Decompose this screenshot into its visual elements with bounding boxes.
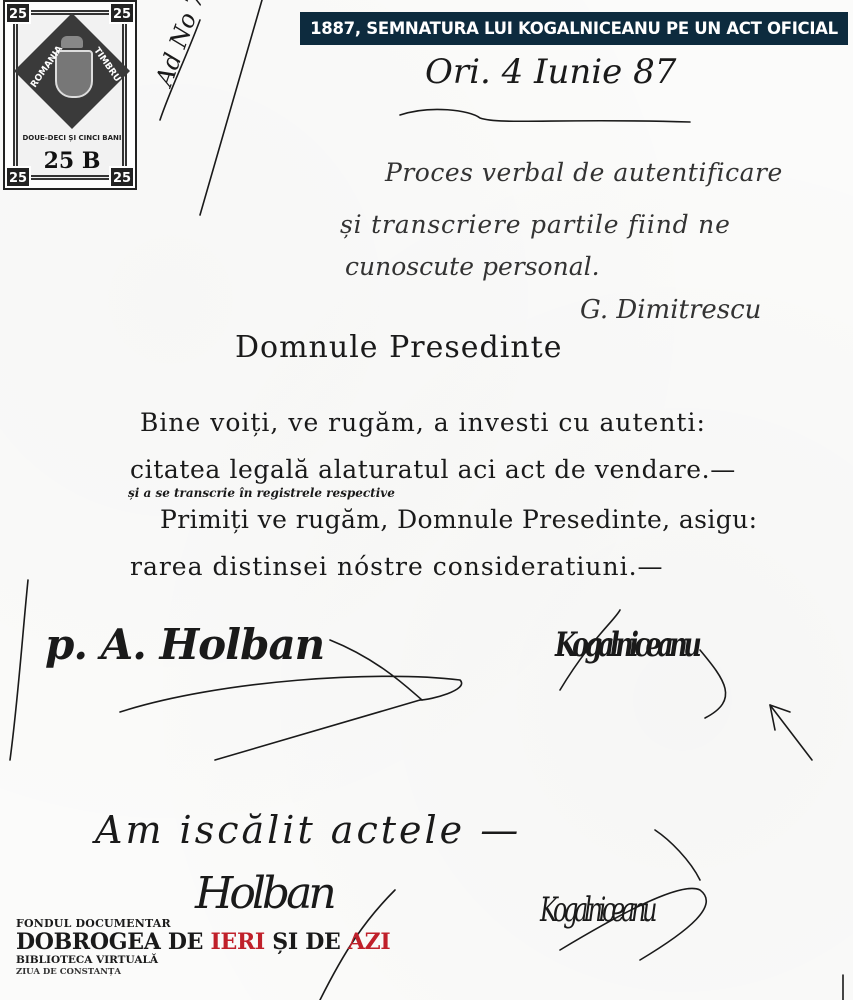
logo-line-library: BIBLIOTECA VIRTUALĂ bbox=[16, 954, 396, 967]
body-line-2: citatea legală alaturatul aci act de ven… bbox=[130, 455, 736, 484]
stamp-value: 25 B bbox=[35, 148, 109, 174]
body-insertion: și a se transcrie în registrele respecti… bbox=[128, 486, 395, 500]
salutation: Domnule Presedinte bbox=[235, 330, 562, 365]
logo-line-title: DOBROGEA DE IERI ȘI DE AZI bbox=[16, 930, 396, 954]
header-note-line-2: și transcriere partile fiind ne bbox=[340, 210, 731, 239]
header-note-signature: G. Dimitrescu bbox=[580, 295, 761, 325]
header-note-line-1: Proces verbal de autentificare bbox=[385, 158, 783, 187]
crown-icon bbox=[61, 36, 83, 48]
body-line-3: Primiți ve rugăm, Domnule Presedinte, as… bbox=[160, 505, 758, 534]
signature-holban-top: p. A. Holban bbox=[45, 620, 324, 669]
body-line-4: rarea distinsei nóstre consideratiuni.— bbox=[130, 552, 664, 581]
logo-title-ieri: IERI bbox=[210, 929, 264, 955]
stamp-corner-value: 25 bbox=[109, 2, 135, 24]
logo-title-part: DOBROGEA DE bbox=[16, 929, 210, 955]
logo-line-publisher: ZIUA DE CONSTANȚA bbox=[16, 967, 396, 978]
library-watermark-logo: FONDUL DOCUMENTAR DOBROGEA DE IERI ȘI DE… bbox=[16, 918, 396, 978]
stamp-corner-value: 25 bbox=[109, 166, 135, 188]
coat-of-arms-icon bbox=[55, 50, 93, 98]
header-note-line-3: cunoscute personal. bbox=[345, 252, 600, 281]
revenue-stamp: ROMANIA TIMBRU DOUE-DECI ȘI CINCI BANI 2… bbox=[3, 0, 137, 190]
stamp-corner-value: 25 bbox=[5, 2, 31, 24]
signature-kogalniceanu-top: Kogalniceanu bbox=[555, 625, 697, 665]
signature-kogalniceanu-bottom: Kogalniceanu bbox=[540, 890, 653, 930]
date-line: Ori. 4 Iunie 87 bbox=[425, 52, 676, 92]
stamp-value-words: DOUE-DECI ȘI CINCI BANI bbox=[19, 134, 125, 142]
signature-holban-bottom: Holban bbox=[195, 868, 333, 919]
logo-title-part: ȘI DE bbox=[265, 929, 348, 955]
closing-note: Am iscălit actele — bbox=[95, 808, 521, 852]
caption-banner: 1887, SEMNATURA LUI KOGALNICEANU PE UN A… bbox=[300, 12, 848, 45]
logo-title-azi: AZI bbox=[348, 929, 391, 955]
stamp-corner-value: 25 bbox=[5, 166, 31, 188]
body-line-1: Bine voiți, ve rugăm, a investi cu auten… bbox=[140, 408, 706, 437]
